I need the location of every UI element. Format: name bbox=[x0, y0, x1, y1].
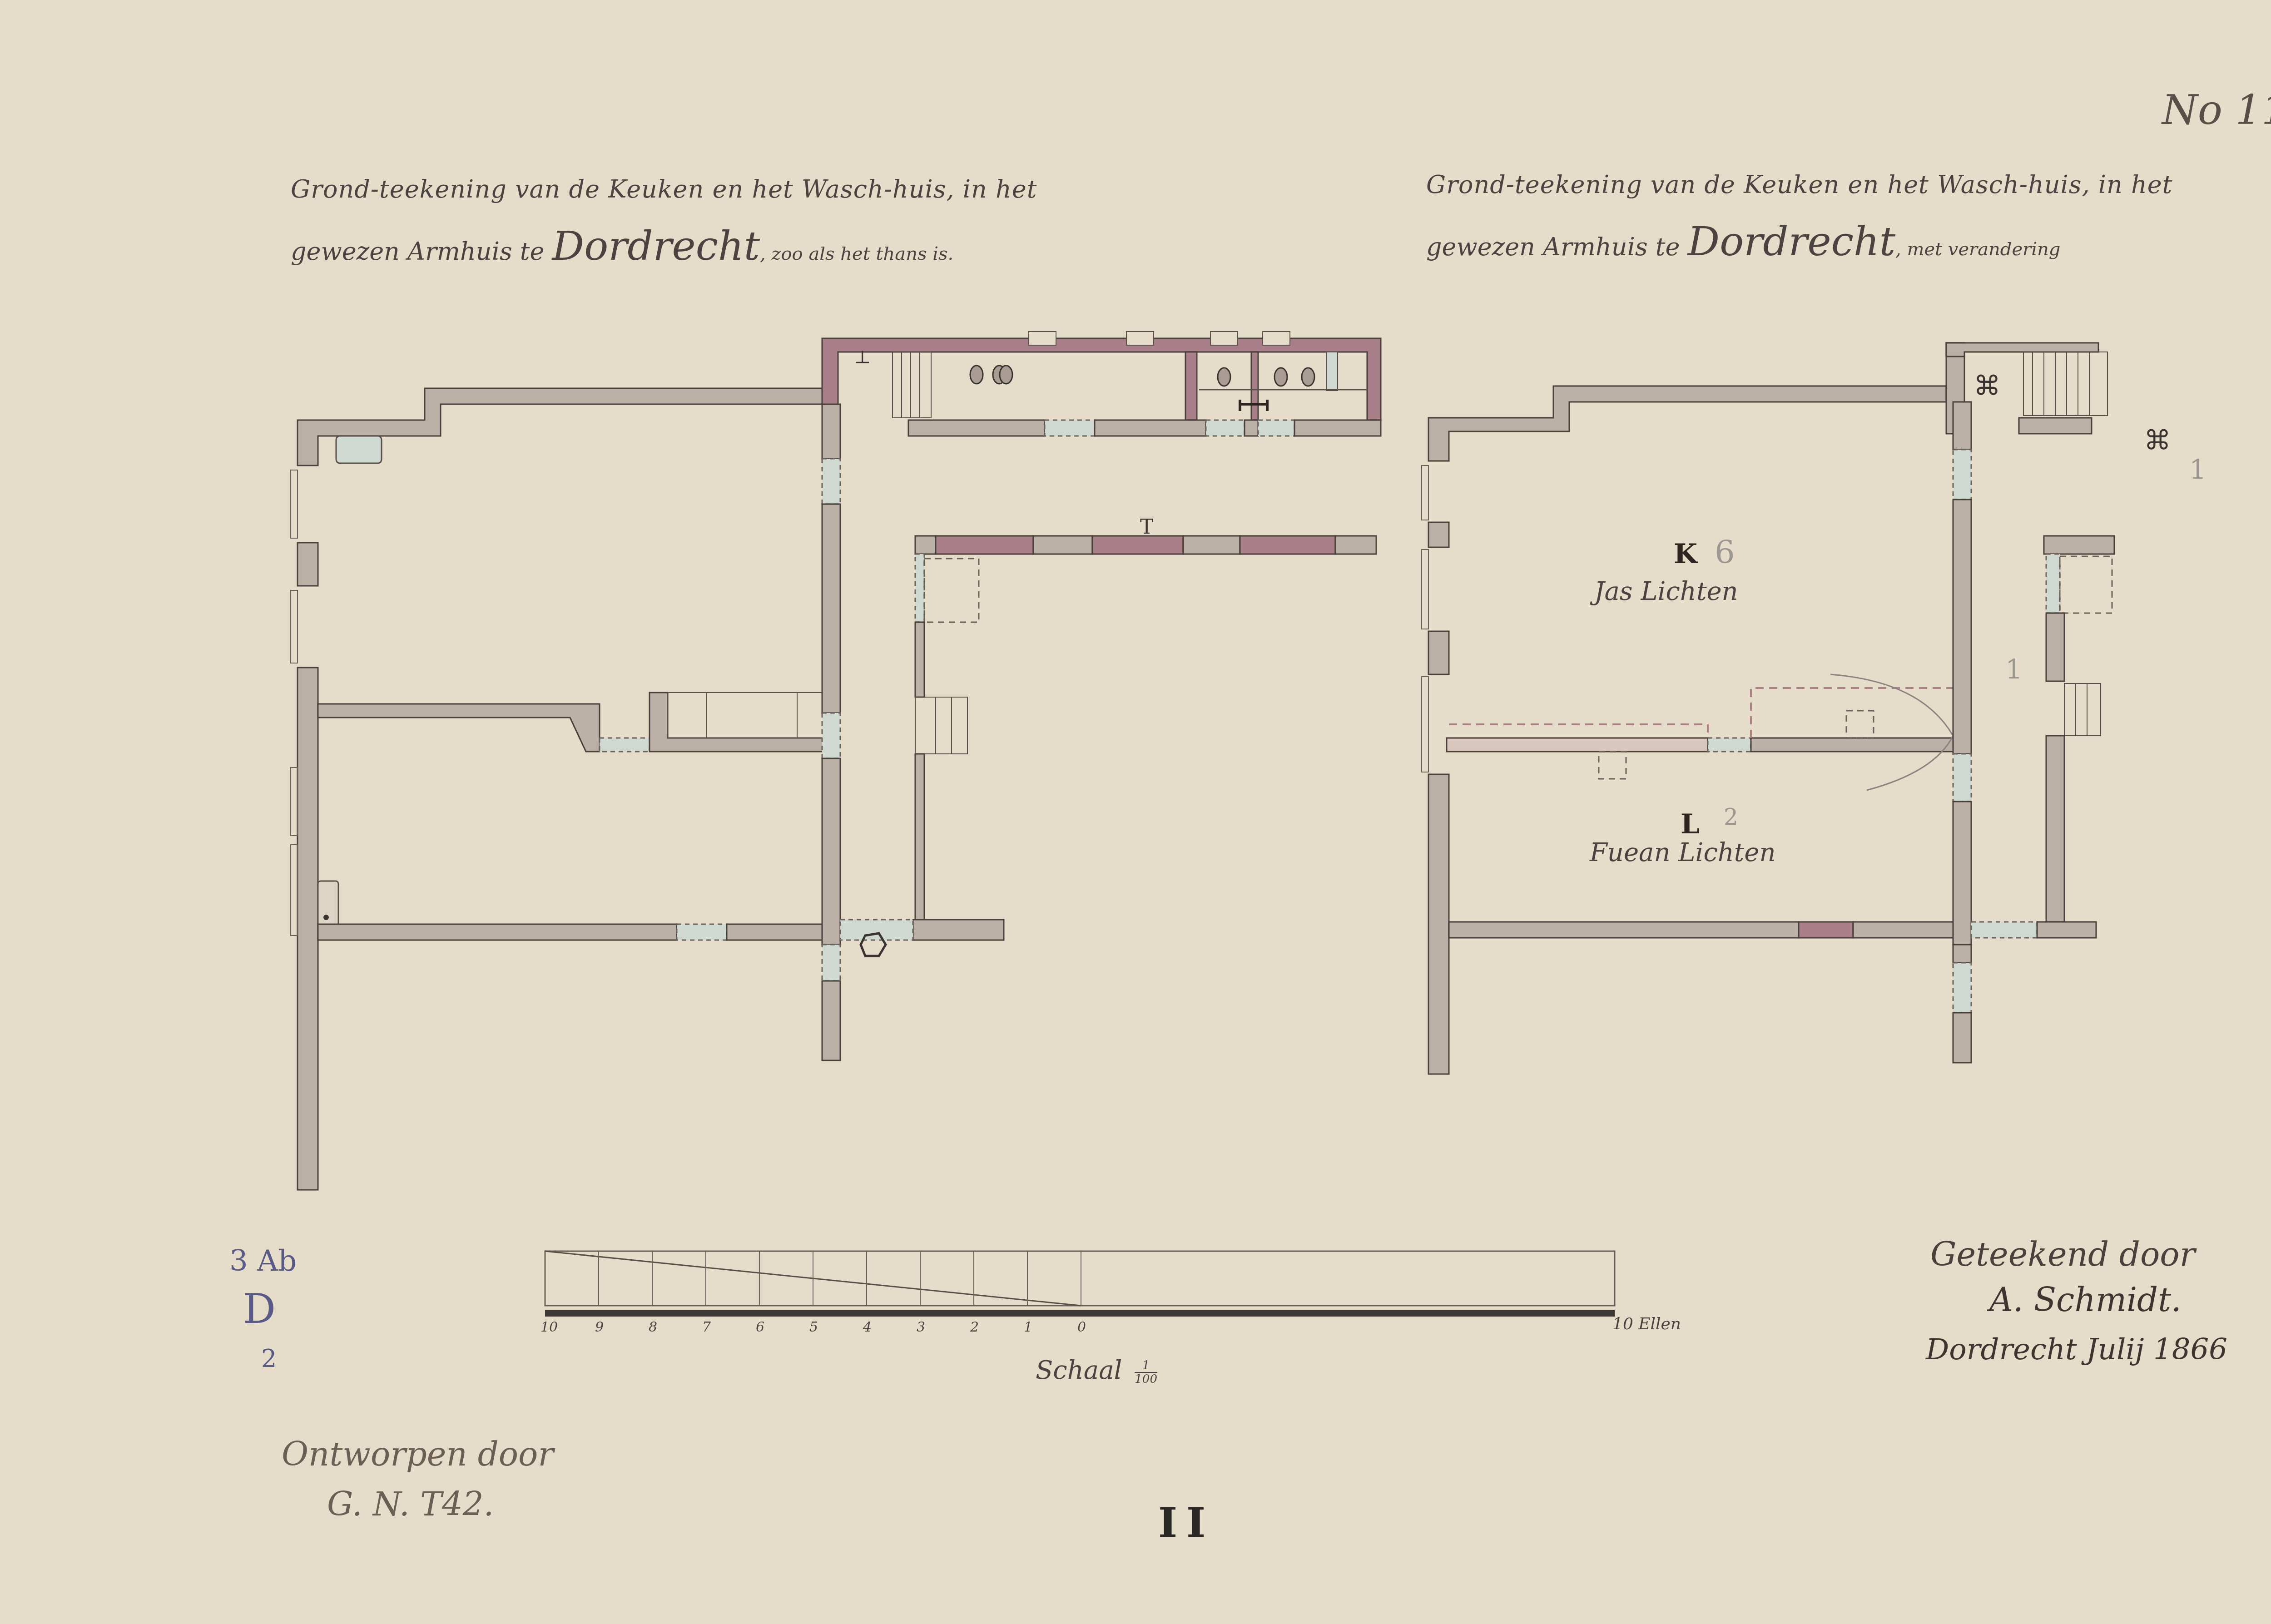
designer-line2: G. N. T42. bbox=[327, 1485, 494, 1523]
svg-text:⌘: ⌘ bbox=[1973, 370, 2001, 402]
right-plan-title-line1: Grond-teekening van de Keuken en het Was… bbox=[1426, 170, 2173, 199]
scale-tick: 3 bbox=[917, 1319, 925, 1335]
pencil-mark-corridor: 1 bbox=[2005, 654, 2023, 686]
scale-ratio-numerator: 1 bbox=[1135, 1359, 1157, 1373]
room-l-pencil-number: 2 bbox=[1724, 804, 1738, 830]
signature-line1: Geteekend door bbox=[1930, 1235, 2195, 1273]
scale-tick: 7 bbox=[702, 1319, 711, 1335]
room-l-caption: Fuean Lichten bbox=[1590, 838, 1776, 867]
archive-mark-bottom: 2 bbox=[261, 1344, 277, 1373]
designer-line1: Ontworpen door bbox=[282, 1435, 554, 1473]
room-k-pencil-number: 6 bbox=[1715, 534, 1735, 571]
scale-tick: 1 bbox=[1024, 1319, 1032, 1335]
pencil-mark-edge: 1 bbox=[2189, 454, 2207, 486]
left-plan-title-suffix: , zoo als het thans is. bbox=[760, 243, 953, 264]
signature-place-date: Dordrecht Julij 1866 bbox=[1926, 1333, 2227, 1367]
scale-tick: 8 bbox=[649, 1319, 657, 1335]
right-plan-title-city: Dordrecht bbox=[1688, 218, 1895, 265]
scale-tick: 5 bbox=[809, 1319, 818, 1335]
room-k-caption: Jas Lichten bbox=[1594, 577, 1738, 606]
svg-text:⌘: ⌘ bbox=[2144, 425, 2171, 456]
room-k-letter: K bbox=[1674, 538, 1697, 570]
scale-tick: 4 bbox=[863, 1319, 872, 1335]
archive-mark-middle: D bbox=[243, 1285, 276, 1333]
left-plan-title-line1: Grond-teekening van de Keuken en het Was… bbox=[291, 175, 1037, 203]
sheet-number: No 117 A bbox=[2162, 86, 2271, 134]
archive-mark-top: 3 Ab bbox=[229, 1244, 297, 1278]
scale-tick: 2 bbox=[970, 1319, 979, 1335]
right-plan-title-suffix: , met verandering bbox=[1895, 239, 2060, 260]
scale-caption: Schaal 1 100 bbox=[1036, 1356, 1157, 1386]
scale-tick: 0 bbox=[1077, 1319, 1086, 1335]
right-plan-title-line2: gewezen Armhuis te Dordrecht, met verand… bbox=[1426, 218, 2060, 265]
svg-text:T: T bbox=[1140, 515, 1153, 539]
scale-tick: 10 bbox=[540, 1319, 558, 1335]
left-plan-title-prefix: gewezen Armhuis te bbox=[291, 237, 544, 266]
scale-end-label: 10 Ellen bbox=[1612, 1315, 1681, 1333]
right-plan-title-prefix: gewezen Armhuis te bbox=[1426, 233, 1680, 261]
svg-text:⊥: ⊥ bbox=[854, 347, 871, 368]
room-l-letter: L bbox=[1681, 808, 1700, 840]
scale-caption-word: Schaal bbox=[1036, 1356, 1122, 1385]
scale-tick: 9 bbox=[595, 1319, 604, 1335]
right-floor-plan: ⌘ ⌘ bbox=[1422, 343, 2171, 1074]
left-floor-plan: ⊥ T bbox=[291, 332, 1381, 1190]
left-plan-title-line2: gewezen Armhuis te Dordrecht, zoo als he… bbox=[291, 223, 953, 269]
signature-name: A. Schmidt. bbox=[1989, 1281, 2182, 1319]
scale-tick: 6 bbox=[756, 1319, 764, 1335]
scale-ratio-denominator: 100 bbox=[1135, 1373, 1157, 1386]
stamp-mark: II bbox=[1158, 1499, 1215, 1547]
scale-ratio: 1 100 bbox=[1135, 1359, 1157, 1386]
scale-bar bbox=[545, 1251, 1615, 1317]
left-plan-title-city: Dordrecht bbox=[552, 223, 760, 269]
